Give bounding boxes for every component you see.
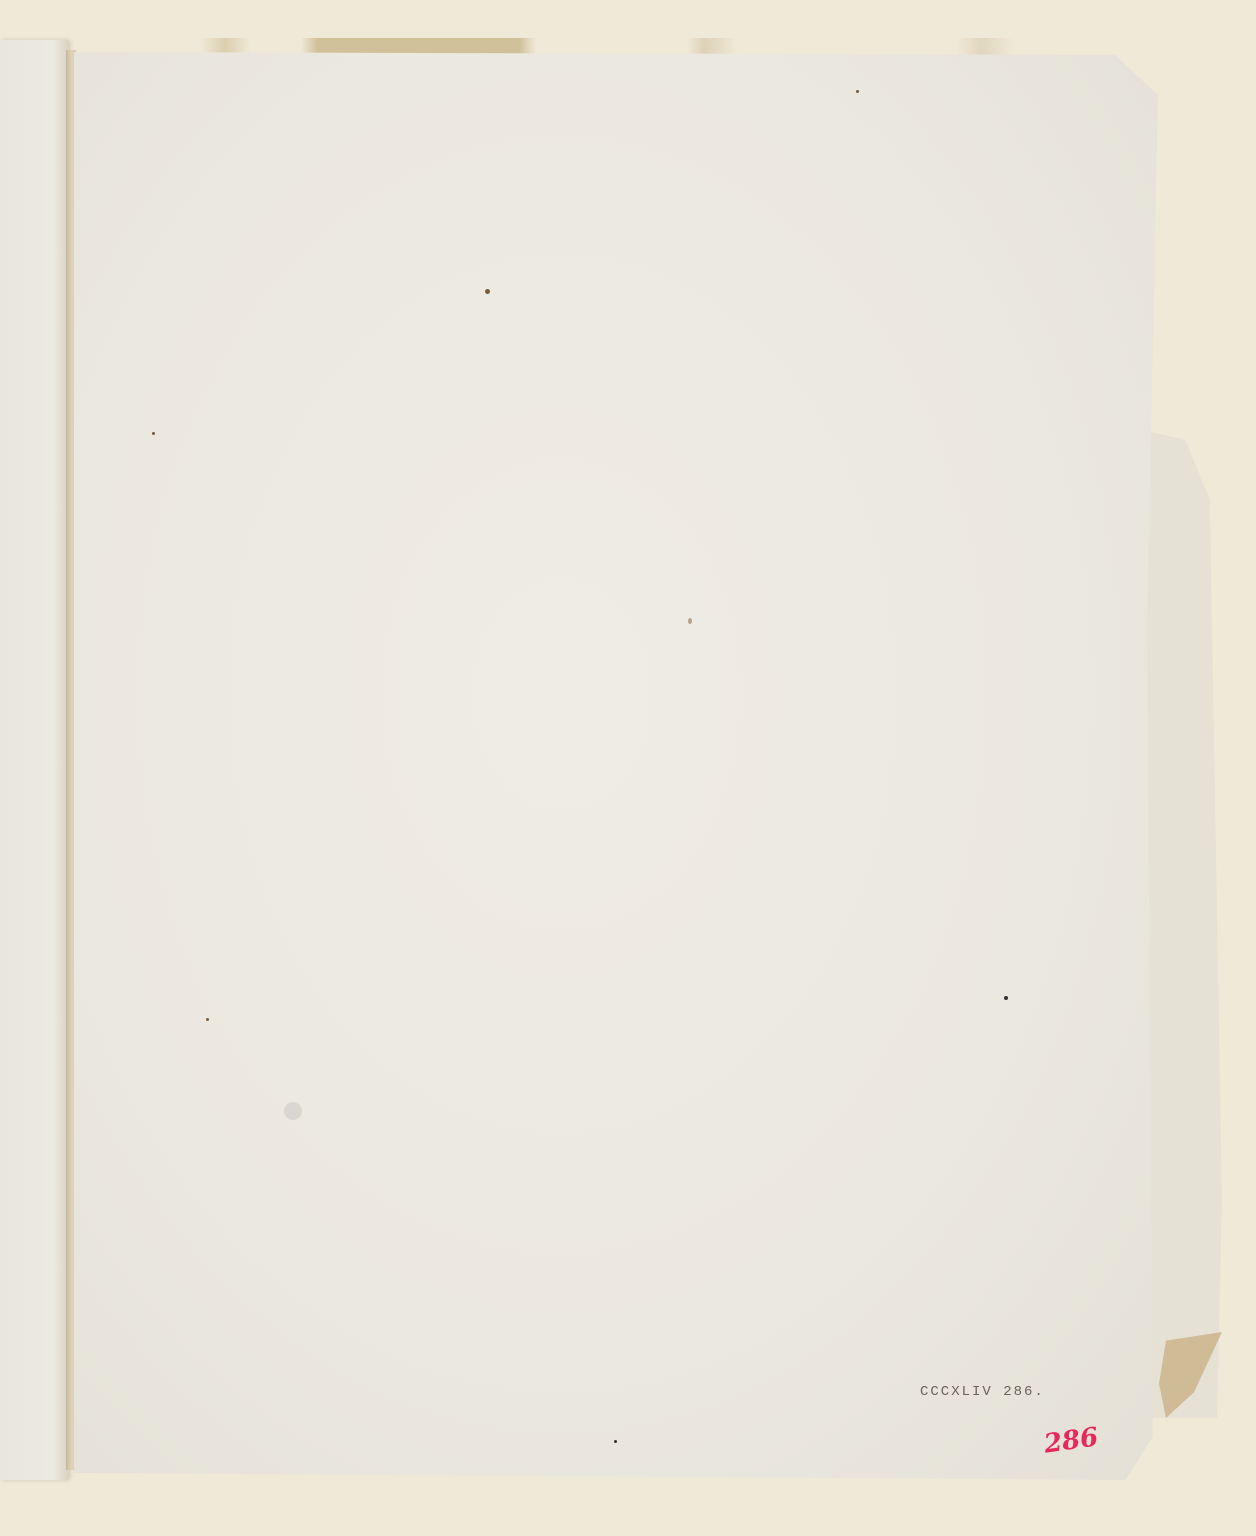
paper-speck: [152, 432, 155, 435]
document-scan: CCCXLIV 286. 286: [0, 0, 1256, 1536]
paper-speck: [614, 1440, 617, 1443]
blank-page: [74, 52, 1158, 1480]
paper-speck: [206, 1018, 209, 1021]
paper-speck: [485, 289, 490, 294]
archive-stamp: CCCXLIV 286.: [920, 1384, 1045, 1400]
paper-speck: [1004, 996, 1008, 1000]
left-facing-page-edge: [0, 40, 68, 1480]
paper-speck: [284, 1102, 302, 1120]
paper-speck: [856, 90, 859, 93]
paper-speck: [688, 618, 692, 624]
